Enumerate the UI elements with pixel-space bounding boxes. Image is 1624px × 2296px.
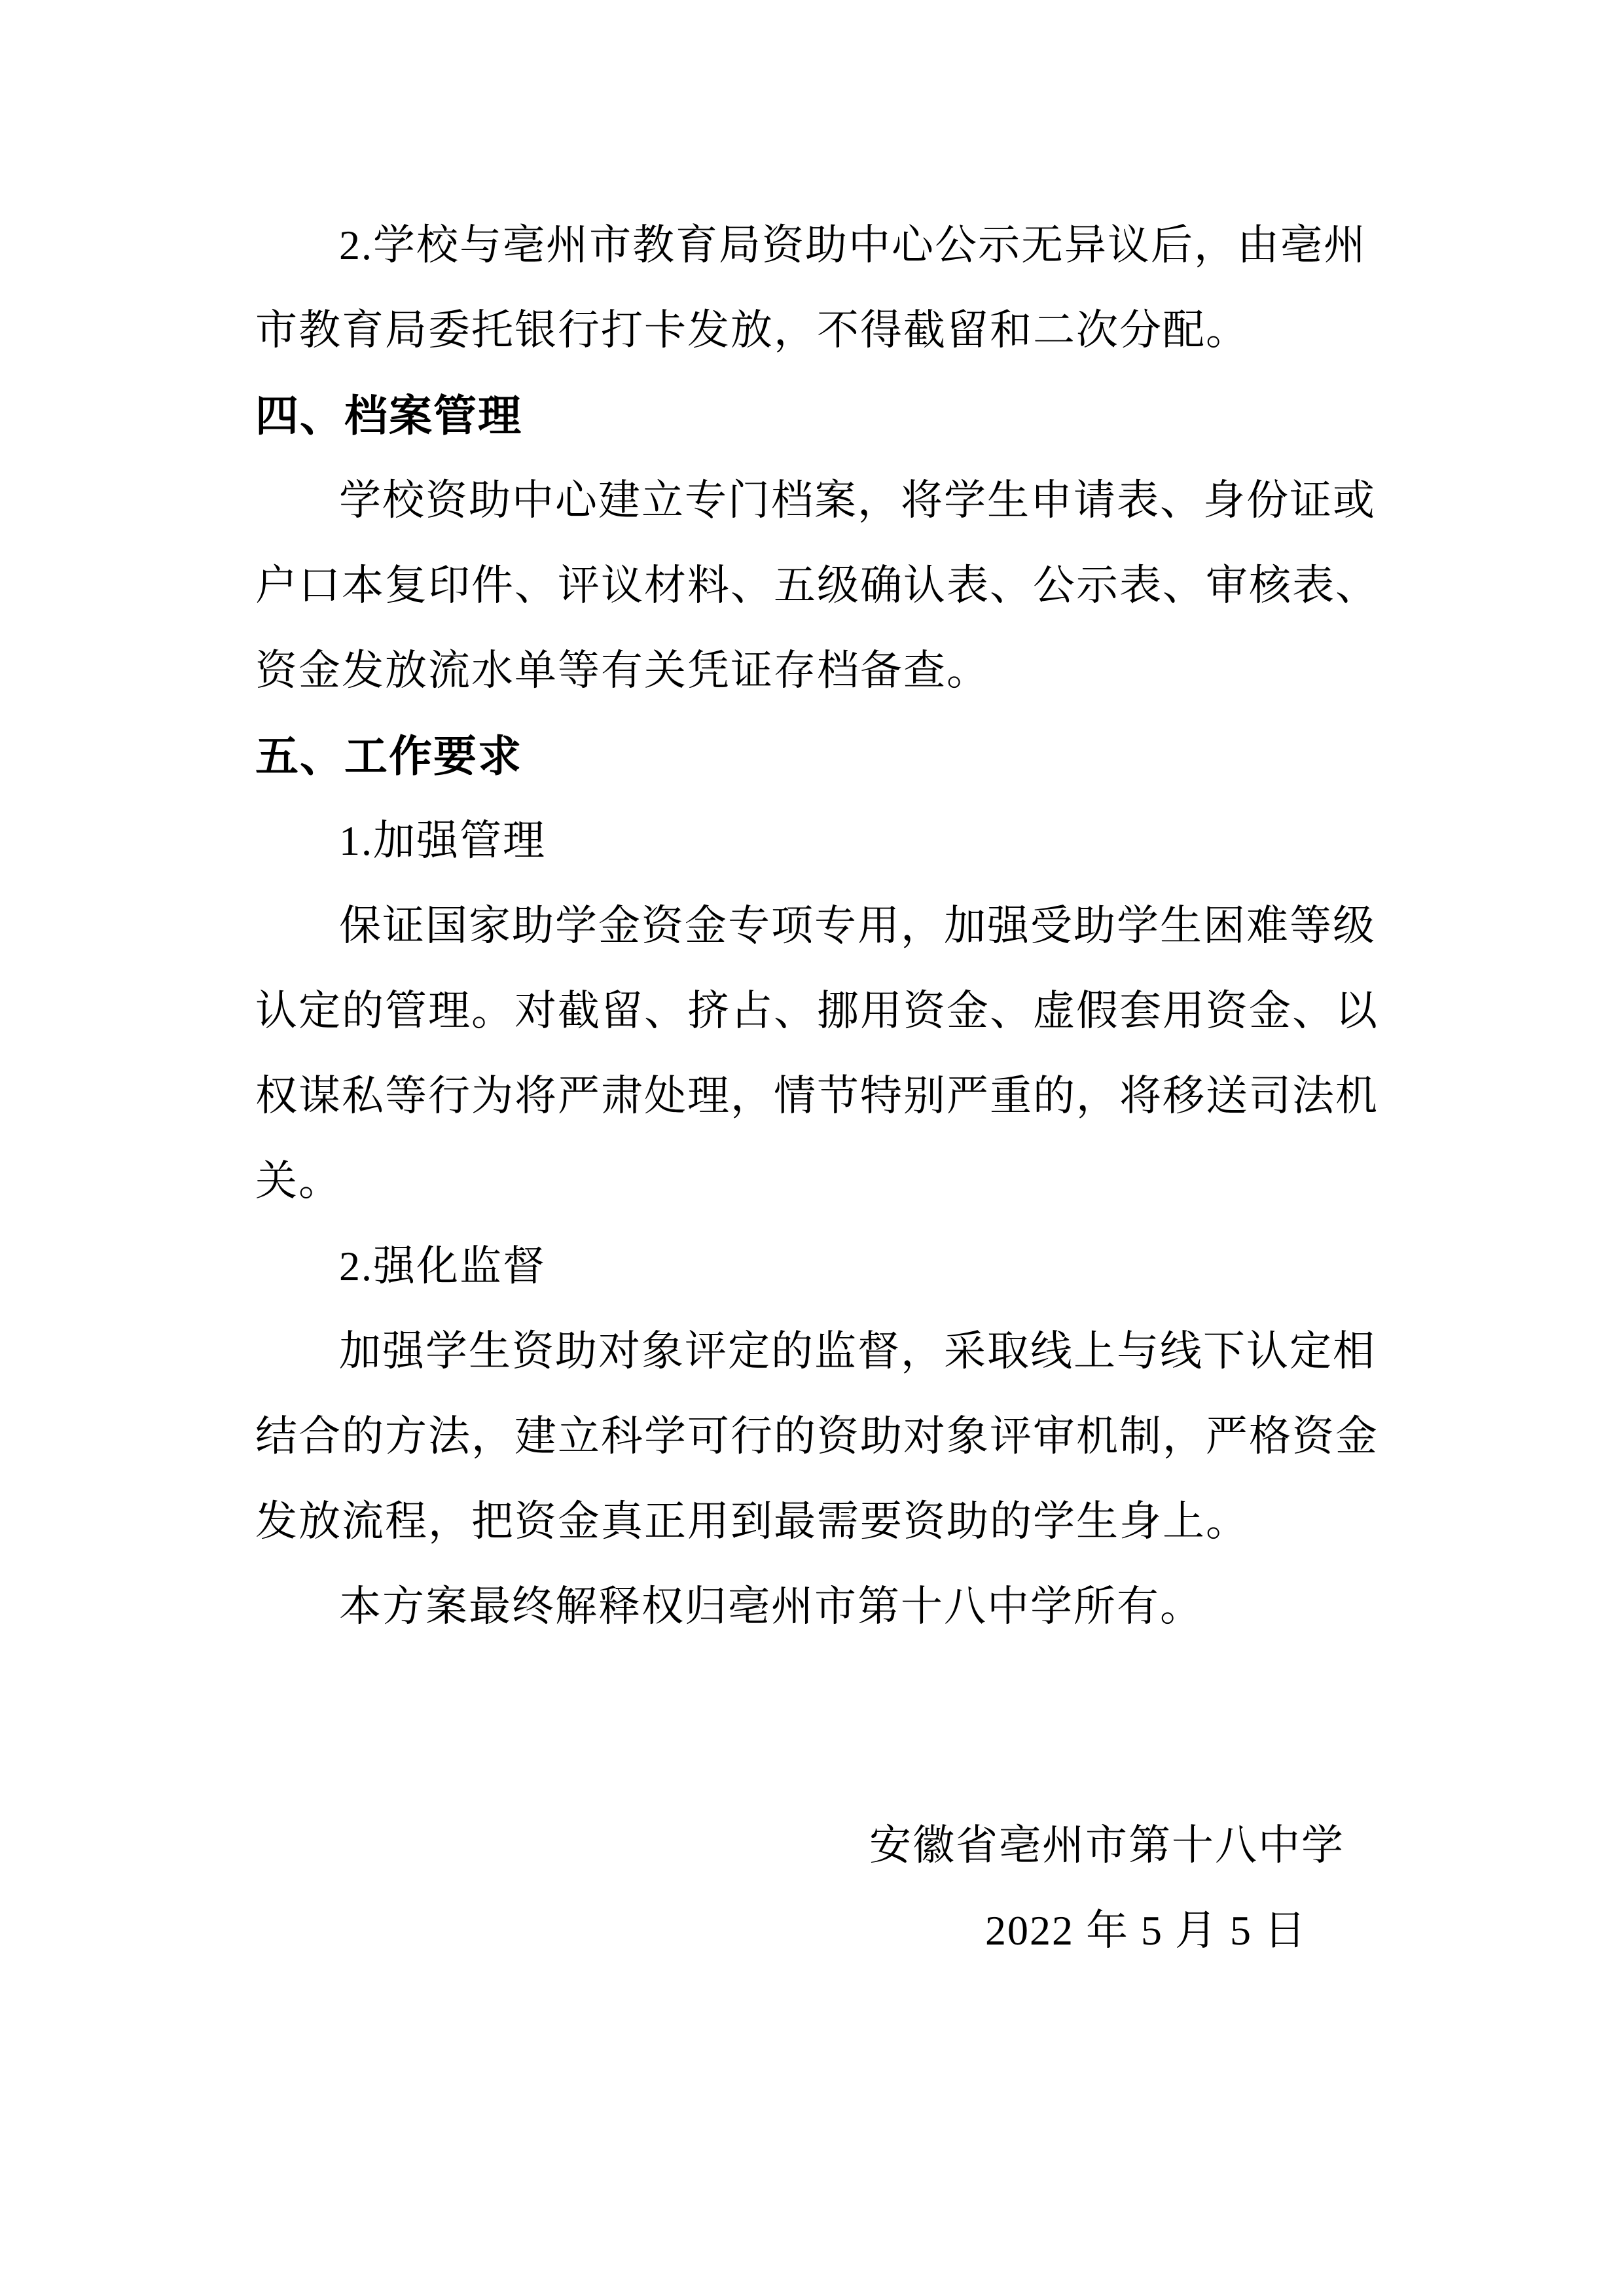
document-content: 2.学校与亳州市教育局资助中心公示无异议后，由亳州 市教育局委托银行打卡发放，不… bbox=[0, 0, 1624, 1973]
section-heading-4: 四、档案管理 bbox=[255, 373, 1368, 458]
section-heading-5: 五、工作要求 bbox=[255, 713, 1368, 798]
paragraph-line: 关。 bbox=[255, 1139, 1368, 1224]
paragraph-line: 资金发放流水单等有关凭证存档备查。 bbox=[255, 628, 1368, 713]
paragraph-line: 权谋私等行为将严肃处理，情节特别严重的，将移送司法机 bbox=[255, 1054, 1368, 1139]
paragraph-line: 户口本复印件、评议材料、五级确认表、公示表、审核表、 bbox=[255, 543, 1368, 628]
paragraph-line: 保证国家助学金资金专项专用，加强受助学生困难等级 bbox=[255, 884, 1368, 969]
paragraph-line: 市教育局委托银行打卡发放，不得截留和二次分配。 bbox=[255, 288, 1368, 373]
subsection-heading: 2.强化监督 bbox=[255, 1224, 1368, 1309]
subsection-heading: 1.加强管理 bbox=[255, 798, 1368, 884]
paragraph-line: 结合的方法，建立科学可行的资助对象评审机制，严格资金 bbox=[255, 1394, 1368, 1479]
paragraph-line: 学校资助中心建立专门档案，将学生申请表、身份证或 bbox=[255, 458, 1368, 543]
document-page: 2.学校与亳州市教育局资助中心公示无异议后，由亳州 市教育局委托银行打卡发放，不… bbox=[0, 0, 1624, 2296]
paragraph-line: 2.学校与亳州市教育局资助中心公示无异议后，由亳州 bbox=[255, 203, 1368, 288]
paragraph-line: 加强学生资助对象评定的监督，采取线上与线下认定相 bbox=[255, 1309, 1368, 1394]
paragraph-line: 认定的管理。对截留、挤占、挪用资金、虚假套用资金、以 bbox=[255, 969, 1368, 1054]
signature-organization: 安徽省亳州市第十八中学 bbox=[255, 1803, 1368, 1888]
paragraph-line: 发放流程，把资金真正用到最需要资助的学生身上。 bbox=[255, 1479, 1368, 1564]
closing-line: 本方案最终解释权归亳州市第十八中学所有。 bbox=[255, 1564, 1368, 1649]
signature-block: 安徽省亳州市第十八中学 2022 年 5 月 5 日 bbox=[255, 1803, 1368, 1973]
signature-date: 2022 年 5 月 5 日 bbox=[255, 1888, 1368, 1973]
